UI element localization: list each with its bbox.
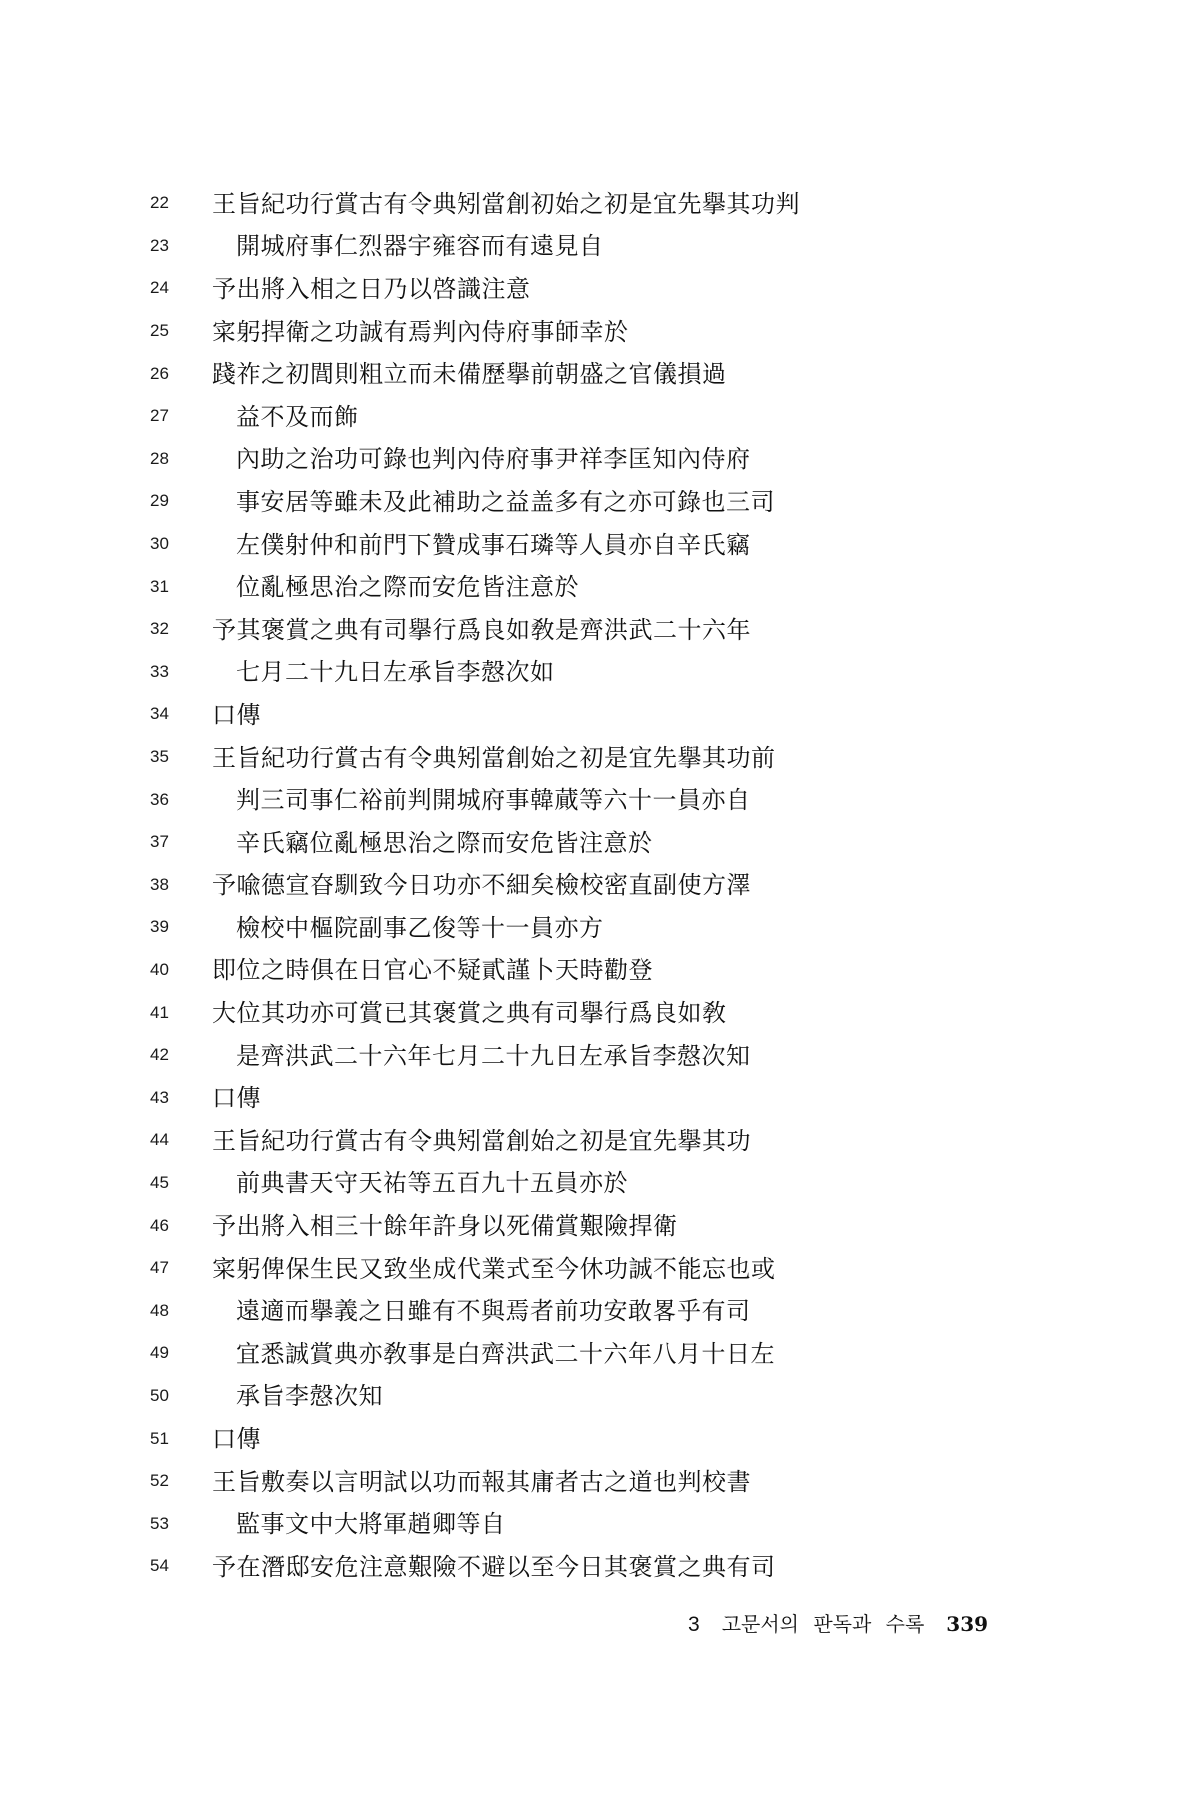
line-number: 50 — [150, 1382, 212, 1406]
text-line: 40即位之時俱在日官心不疑貳謹卜天時勸登 — [150, 947, 910, 990]
text-line: 31位亂極思治之際而安危皆注意於 — [150, 563, 910, 606]
line-number: 28 — [150, 445, 212, 469]
text-line: 35王旨紀功行賞古有令典矧當創始之初是宜先擧其功前 — [150, 734, 910, 777]
line-text: 是齊洪武二十六年七月二十九日左承旨李慤次知 — [212, 1036, 751, 1071]
line-number: 38 — [150, 871, 212, 895]
line-number: 27 — [150, 402, 212, 426]
page-footer: 3 고문서의 판독과 수록 339 — [688, 1608, 988, 1637]
line-text: 事安居等雖未及此補助之益盖多有之亦可錄也三司 — [212, 482, 775, 517]
text-line: 22王旨紀功行賞古有令典矧當創初始之初是宜先擧其功判 — [150, 180, 910, 223]
line-number: 40 — [150, 956, 212, 980]
document-page: 22王旨紀功行賞古有令典矧當創初始之初是宜先擧其功判 23開城府事仁烈器宇雍容而… — [0, 0, 1200, 1800]
line-number: 39 — [150, 913, 212, 937]
text-line: 46予出將入相三十餘年許身以死備賞艱險捍衛 — [150, 1202, 910, 1245]
line-number: 36 — [150, 786, 212, 810]
line-text: 予其褒賞之典有司擧行爲良如敎是齊洪武二十六年 — [212, 610, 751, 645]
text-line: 49宜悉誠賞典亦敎事是白齊洪武二十六年八月十日左 — [150, 1330, 910, 1373]
line-number: 54 — [150, 1552, 212, 1576]
line-text: 七月二十九日左承旨李慤次如 — [212, 652, 555, 687]
text-line: 27益不及而飾 — [150, 393, 910, 436]
line-number: 32 — [150, 615, 212, 639]
text-line: 50承旨李慤次知 — [150, 1373, 910, 1416]
text-line: 39檢校中樞院副事乙俊等十一員亦方 — [150, 904, 910, 947]
line-number: 53 — [150, 1510, 212, 1534]
text-line: 34口傳 — [150, 691, 910, 734]
line-number: 23 — [150, 232, 212, 256]
line-text: 宜悉誠賞典亦敎事是白齊洪武二十六年八月十日左 — [212, 1334, 775, 1369]
line-number: 45 — [150, 1169, 212, 1193]
line-number: 30 — [150, 530, 212, 554]
line-text: 王旨紀功行賞古有令典矧當創始之初是宜先擧其功 — [212, 1121, 751, 1156]
line-number: 31 — [150, 573, 212, 597]
line-text: 寀躬捍衛之功誠有焉判內侍府事師幸於 — [212, 312, 629, 347]
text-line: 44王旨紀功行賞古有令典矧當創始之初是宜先擧其功 — [150, 1117, 910, 1160]
line-text: 寀躬俾保生民又致坐成代業式至今休功誠不能忘也或 — [212, 1249, 776, 1284]
text-line: 45前典書天守天祐等五百九十五員亦於 — [150, 1160, 910, 1203]
line-text: 予出將入相之日乃以啓識注意 — [212, 269, 531, 304]
line-number: 24 — [150, 274, 212, 298]
line-number: 49 — [150, 1339, 212, 1363]
line-number: 26 — [150, 360, 212, 384]
line-number: 48 — [150, 1297, 212, 1321]
text-line: 36判三司事仁裕前判開城府事韓蕆等六十一員亦自 — [150, 776, 910, 819]
line-text: 內助之治功可錄也判內侍府事尹祥李匡知內侍府 — [212, 439, 751, 474]
transcription-block: 22王旨紀功行賞古有令典矧當創初始之初是宜先擧其功判 23開城府事仁烈器宇雍容而… — [150, 180, 910, 1586]
line-text: 予喩德宣昚馴致今日功亦不細矣檢校密直副使方澤 — [212, 865, 751, 900]
line-text: 王旨紀功行賞古有令典矧當創初始之初是宜先擧其功判 — [212, 184, 800, 219]
text-line: 52王旨敷奏以言明試以功而報其庸者古之道也判校書 — [150, 1458, 910, 1501]
line-text: 益不及而飾 — [212, 397, 359, 432]
line-number: 22 — [150, 189, 212, 213]
chapter-title: 고문서의 판독과 수록 — [722, 1608, 925, 1637]
text-line: 43口傳 — [150, 1074, 910, 1117]
text-line: 47寀躬俾保生民又致坐成代業式至今休功誠不能忘也或 — [150, 1245, 910, 1288]
line-text: 開城府事仁烈器宇雍容而有遠見自 — [212, 226, 604, 261]
line-text: 予出將入相三十餘年許身以死備賞艱險捍衛 — [212, 1206, 678, 1241]
line-text: 判三司事仁裕前判開城府事韓蕆等六十一員亦自 — [212, 780, 751, 815]
text-line: 38予喩德宣昚馴致今日功亦不細矣檢校密直副使方澤 — [150, 862, 910, 905]
line-text: 前典書天守天祐等五百九十五員亦於 — [212, 1163, 628, 1198]
line-text: 大位其功亦可賞已其褒賞之典有司擧行爲良如敎 — [212, 993, 727, 1028]
text-line: 33七月二十九日左承旨李慤次如 — [150, 649, 910, 692]
line-number: 37 — [150, 828, 212, 852]
line-text: 口傳 — [212, 695, 261, 730]
text-line: 28內助之治功可錄也判內侍府事尹祥李匡知內侍府 — [150, 436, 910, 479]
text-line: 42是齊洪武二十六年七月二十九日左承旨李慤次知 — [150, 1032, 910, 1075]
line-number: 35 — [150, 743, 212, 767]
line-text: 檢校中樞院副事乙俊等十一員亦方 — [212, 908, 604, 943]
line-text: 左僕射仲和前門下贊成事石璘等人員亦自辛氏竊 — [212, 525, 751, 560]
line-number: 25 — [150, 317, 212, 341]
line-number: 41 — [150, 999, 212, 1023]
line-text: 位亂極思治之際而安危皆注意於 — [212, 567, 579, 602]
text-line: 32予其褒賞之典有司擧行爲良如敎是齊洪武二十六年 — [150, 606, 910, 649]
text-line: 48遠適而擧義之日雖有不與焉者前功安敢畧乎有司 — [150, 1287, 910, 1330]
text-line: 25寀躬捍衛之功誠有焉判內侍府事師幸於 — [150, 308, 910, 351]
text-line: 29事安居等雖未及此補助之益盖多有之亦可錄也三司 — [150, 478, 910, 521]
line-text: 王旨敷奏以言明試以功而報其庸者古之道也判校書 — [212, 1462, 751, 1497]
text-line: 53監事文中大將軍趙卿等自 — [150, 1500, 910, 1543]
text-line: 23開城府事仁烈器宇雍容而有遠見自 — [150, 223, 910, 266]
text-line: 26踐祚之初閭則粗立而未備歷擧前朝盛之官儀損過 — [150, 350, 910, 393]
line-text: 踐祚之初閭則粗立而未備歷擧前朝盛之官儀損過 — [212, 354, 727, 389]
line-number: 47 — [150, 1254, 212, 1278]
text-line: 54予在潛邸安危注意艱險不避以至今日其褒賞之典有司 — [150, 1543, 910, 1586]
line-number: 42 — [150, 1041, 212, 1065]
chapter-number: 3 — [688, 1613, 700, 1637]
text-line: 41大位其功亦可賞已其褒賞之典有司擧行爲良如敎 — [150, 989, 910, 1032]
line-number: 34 — [150, 700, 212, 724]
line-number: 43 — [150, 1084, 212, 1108]
text-line: 37辛氏竊位亂極思治之際而安危皆注意於 — [150, 819, 910, 862]
page-number: 339 — [946, 1612, 988, 1636]
line-number: 29 — [150, 487, 212, 511]
line-number: 44 — [150, 1126, 212, 1150]
line-text: 口傳 — [212, 1419, 261, 1454]
line-text: 口傳 — [212, 1078, 261, 1113]
line-text: 予在潛邸安危注意艱險不避以至今日其褒賞之典有司 — [212, 1547, 776, 1582]
line-number: 33 — [150, 658, 212, 682]
line-number: 46 — [150, 1212, 212, 1236]
line-text: 即位之時俱在日官心不疑貳謹卜天時勸登 — [212, 950, 653, 985]
line-text: 監事文中大將軍趙卿等自 — [212, 1504, 506, 1539]
line-text: 辛氏竊位亂極思治之際而安危皆注意於 — [212, 823, 653, 858]
line-number: 52 — [150, 1467, 212, 1491]
line-number: 51 — [150, 1425, 212, 1449]
line-text: 遠適而擧義之日雖有不與焉者前功安敢畧乎有司 — [212, 1291, 751, 1326]
text-line: 51口傳 — [150, 1415, 910, 1458]
line-text: 承旨李慤次知 — [212, 1376, 383, 1411]
text-line: 24予出將入相之日乃以啓識注意 — [150, 265, 910, 308]
line-text: 王旨紀功行賞古有令典矧當創始之初是宜先擧其功前 — [212, 738, 776, 773]
text-line: 30左僕射仲和前門下贊成事石璘等人員亦自辛氏竊 — [150, 521, 910, 564]
